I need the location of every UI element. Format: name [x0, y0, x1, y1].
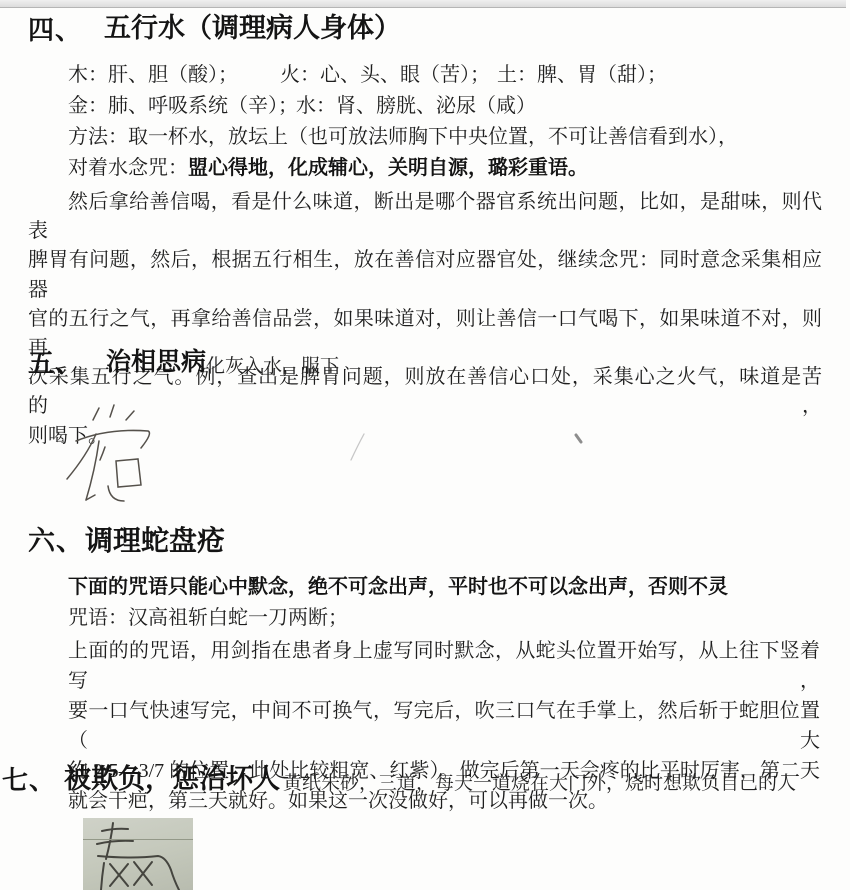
talisman-strokes — [63, 398, 183, 510]
section-seven-title: 被欺负，惩治坏人 — [64, 765, 280, 795]
element-earth-line: 土：脾、胃（甜）； — [497, 63, 667, 87]
paragraph-line: 要一口气快速写完，中间不可换气，写完后，吹三口气在手掌上，然后斩于蛇胆位置（大 — [68, 696, 820, 756]
element-wood-line: 木：肝、胆（酸）； — [68, 63, 238, 87]
section-four-number: 四、 — [28, 16, 82, 45]
section-six-title: 调理蛇盘疮 — [85, 526, 225, 557]
chant-prefix: 对着水念咒： — [68, 157, 188, 179]
method-line: 方法：取一杯水，放坛上（也可放法师胸下中央位置，不可让善信看到水）， — [68, 125, 738, 149]
section-seven-number: 七、 — [2, 766, 56, 795]
section-seven-note: 黄纸朱砂，三道，每天一道烧在大门外，烧时想欺负自己的人 — [283, 773, 796, 796]
paragraph-line: 然后拿给善信喝，看是什么味道，断出是哪个器官系统出问题，比如，是甜味，则代表 — [28, 188, 822, 246]
window-top-edge — [0, 0, 846, 8]
notebook-ruled-line — [83, 839, 193, 840]
section-five-number: 五、 — [28, 349, 82, 378]
element-fire-line: 火：心、头、眼（苦）； — [280, 63, 490, 87]
section-six-number: 六、 — [28, 527, 84, 557]
paragraph-line: 上面的的咒语，用剑指在患者身上虚写同时默念，从蛇头位置开始写，从上往下竖着写， — [68, 636, 820, 696]
chant-bold-text: 盟心得地，化成辅心，关明自源，璐彩重语。 — [188, 157, 588, 179]
silent-chant-warning: 下面的咒语只能心中默念，绝不可念出声，平时也不可以念出声，否则不灵 — [68, 575, 728, 599]
water-chant-line: 对着水念咒：盟心得地，化成辅心，关明自源，璐彩重语。 — [68, 156, 588, 180]
section-four-title: 五行水（调理病人身体） — [104, 14, 401, 44]
talisman-strokes — [83, 818, 193, 890]
scan-speck-mark — [572, 432, 586, 446]
element-metal-line: 金：肺、呼吸系统（辛）； — [68, 94, 298, 118]
section-five-note: 化灰入水，服下 — [206, 356, 339, 379]
section-five-title: 治相思病 — [106, 349, 206, 377]
snake-chant-line: 咒语：汉高祖斩白蛇一刀两断； — [68, 606, 348, 630]
element-water-line: 水：肾、膀胱、泌尿（咸） — [296, 94, 536, 118]
love-charm-talisman-sketch — [63, 398, 183, 510]
punish-talisman-photo — [83, 818, 193, 890]
scan-smudge-mark — [346, 430, 370, 464]
paragraph-line: 脾胃有问题，然后，根据五行相生，放在善信对应器官处，继续念咒：同时意念采集相应器 — [28, 246, 822, 304]
scanned-document-page: 四、 五行水（调理病人身体） 木：肝、胆（酸）； 火：心、头、眼（苦）； 土：脾… — [0, 0, 850, 890]
